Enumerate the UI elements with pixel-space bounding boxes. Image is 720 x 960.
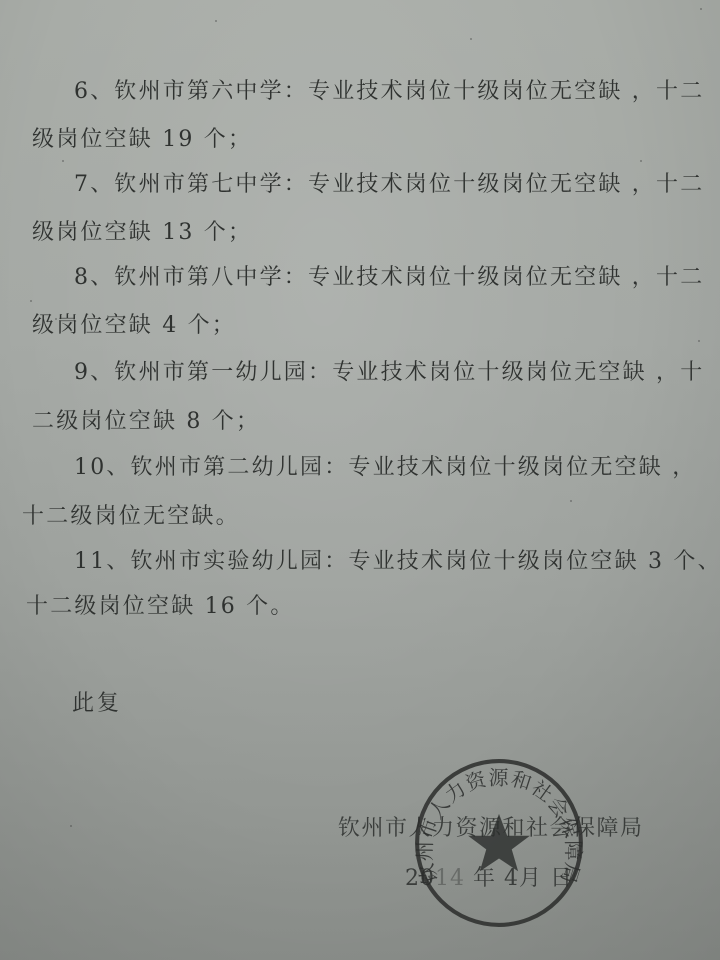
paper-speck (70, 825, 72, 827)
paper-speck (62, 160, 64, 162)
paper-speck (55, 318, 57, 320)
official-seal: 钦州市人力资源和社会保障局 (408, 752, 590, 934)
paper-speck (215, 20, 217, 22)
item-9-line-2: 二级岗位空缺 8 个； (32, 408, 260, 436)
item-7-line-1: 7、钦州市第七中学：专业技术岗位十级岗位无空缺 ，十二 (74, 171, 704, 199)
item-9-line-1: 9、钦州市第一幼儿园：专业技术岗位十级岗位无空缺 ，十 (74, 359, 704, 387)
paper-speck (470, 38, 472, 40)
item-8-line-1: 8、钦州市第八中学：专业技术岗位十级岗位无空缺 ，十二 (74, 264, 704, 292)
paper-speck (570, 500, 572, 502)
paper-speck (698, 340, 700, 342)
star-icon (468, 814, 530, 871)
item-10-line-1: 10、钦州市第二幼儿园：专业技术岗位十级岗位无空缺 ， (74, 454, 696, 482)
item-7-line-2: 级岗位空缺 13 个； (32, 219, 252, 247)
item-11-line-2: 十二级岗位空缺 16 个。 (26, 593, 295, 621)
item-6-line-1: 6、钦州市第六中学：专业技术岗位十级岗位无空缺 ，十二 (74, 78, 704, 106)
item-10-line-2: 十二级岗位无空缺。 (22, 503, 240, 531)
paper-speck (640, 160, 642, 162)
closing-text: 此复 (72, 686, 122, 717)
seal-graphic: 钦州市人力资源和社会保障局 (408, 752, 590, 934)
paper-speck (700, 8, 702, 10)
paper-speck (30, 300, 32, 302)
item-6-line-2: 级岗位空缺 19 个； (32, 126, 252, 154)
item-11-line-1: 11、钦州市实验幼儿园：专业技术岗位十级岗位空缺 3 个、 (74, 548, 720, 576)
item-8-line-2: 级岗位空缺 4 个； (32, 312, 236, 340)
